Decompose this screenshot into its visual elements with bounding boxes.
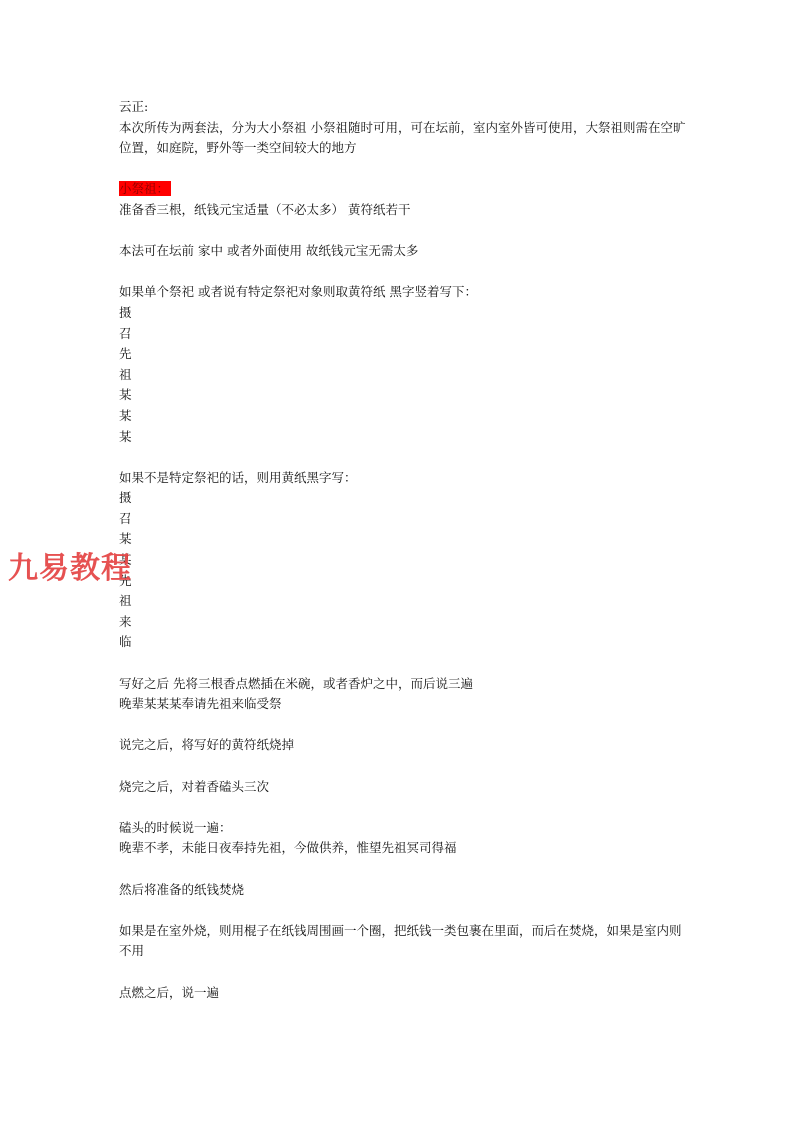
vertical-char: 临 (119, 632, 689, 653)
step1-a: 写好之后 先将三根香点燃插在米碗，或者香炉之中，而后说三遍 (119, 674, 689, 695)
vertical-char: 某 (119, 550, 689, 571)
vertical-char: 来 (119, 612, 689, 633)
intro-label: 云正: (119, 97, 689, 118)
step6: 如果是在室外烧，则用棍子在纸钱周围画一个圈，把纸钱一类包裹在里面，而后在焚烧，如… (119, 921, 689, 962)
step3: 烧完之后，对着香磕头三次 (119, 777, 689, 798)
vertical-char: 某 (119, 406, 689, 427)
vertical-char: 召 (119, 324, 689, 345)
vertical-char: 摄 (119, 488, 689, 509)
vertical-char: 某 (119, 427, 689, 448)
vertical-char: 某 (119, 385, 689, 406)
usage-text: 本法可在坛前 家中 或者外面使用 故纸钱元宝无需太多 (119, 241, 689, 262)
vertical-char: 召 (119, 509, 689, 530)
step5: 然后将准备的纸钱焚烧 (119, 880, 689, 901)
step1-b: 晚辈某某某奉请先祖来临受祭 (119, 694, 689, 715)
general-intro: 如果不是特定祭祀的话，则用黄纸黑字写： (119, 468, 689, 489)
step2: 说完之后，将写好的黄符纸烧掉 (119, 735, 689, 756)
vertical-char: 祖 (119, 365, 689, 386)
vertical-char: 某 (119, 529, 689, 550)
vertical-char: 先 (119, 344, 689, 365)
vertical-char: 先 (119, 571, 689, 592)
specific-intro: 如果单个祭祀 或者说有特定祭祀对象则取黄符纸 黑字竖着写下： (119, 282, 689, 303)
watermark-logo: 九易教程 (8, 543, 132, 587)
prep-text: 准备香三根，纸钱元宝适量（不必太多） 黄符纸若干 (119, 200, 689, 221)
vertical-char: 摄 (119, 303, 689, 324)
step7: 点燃之后，说一遍 (119, 983, 689, 1004)
step4-b: 晚辈不孝，未能日夜奉持先祖，今做供养，惟望先祖冥司得福 (119, 838, 689, 859)
intro-text: 本次所传为两套法，分为大小祭祖 小祭祖随时可用，可在坛前，室内室外皆可使用，大祭… (119, 118, 689, 159)
vertical-char: 祖 (119, 591, 689, 612)
document-body: 云正: 本次所传为两套法，分为大小祭祖 小祭祖随时可用，可在坛前，室内室外皆可使… (119, 97, 689, 1003)
step4-a: 磕头的时候说一遍： (119, 818, 689, 839)
section-title: 小祭祖： (119, 181, 171, 196)
